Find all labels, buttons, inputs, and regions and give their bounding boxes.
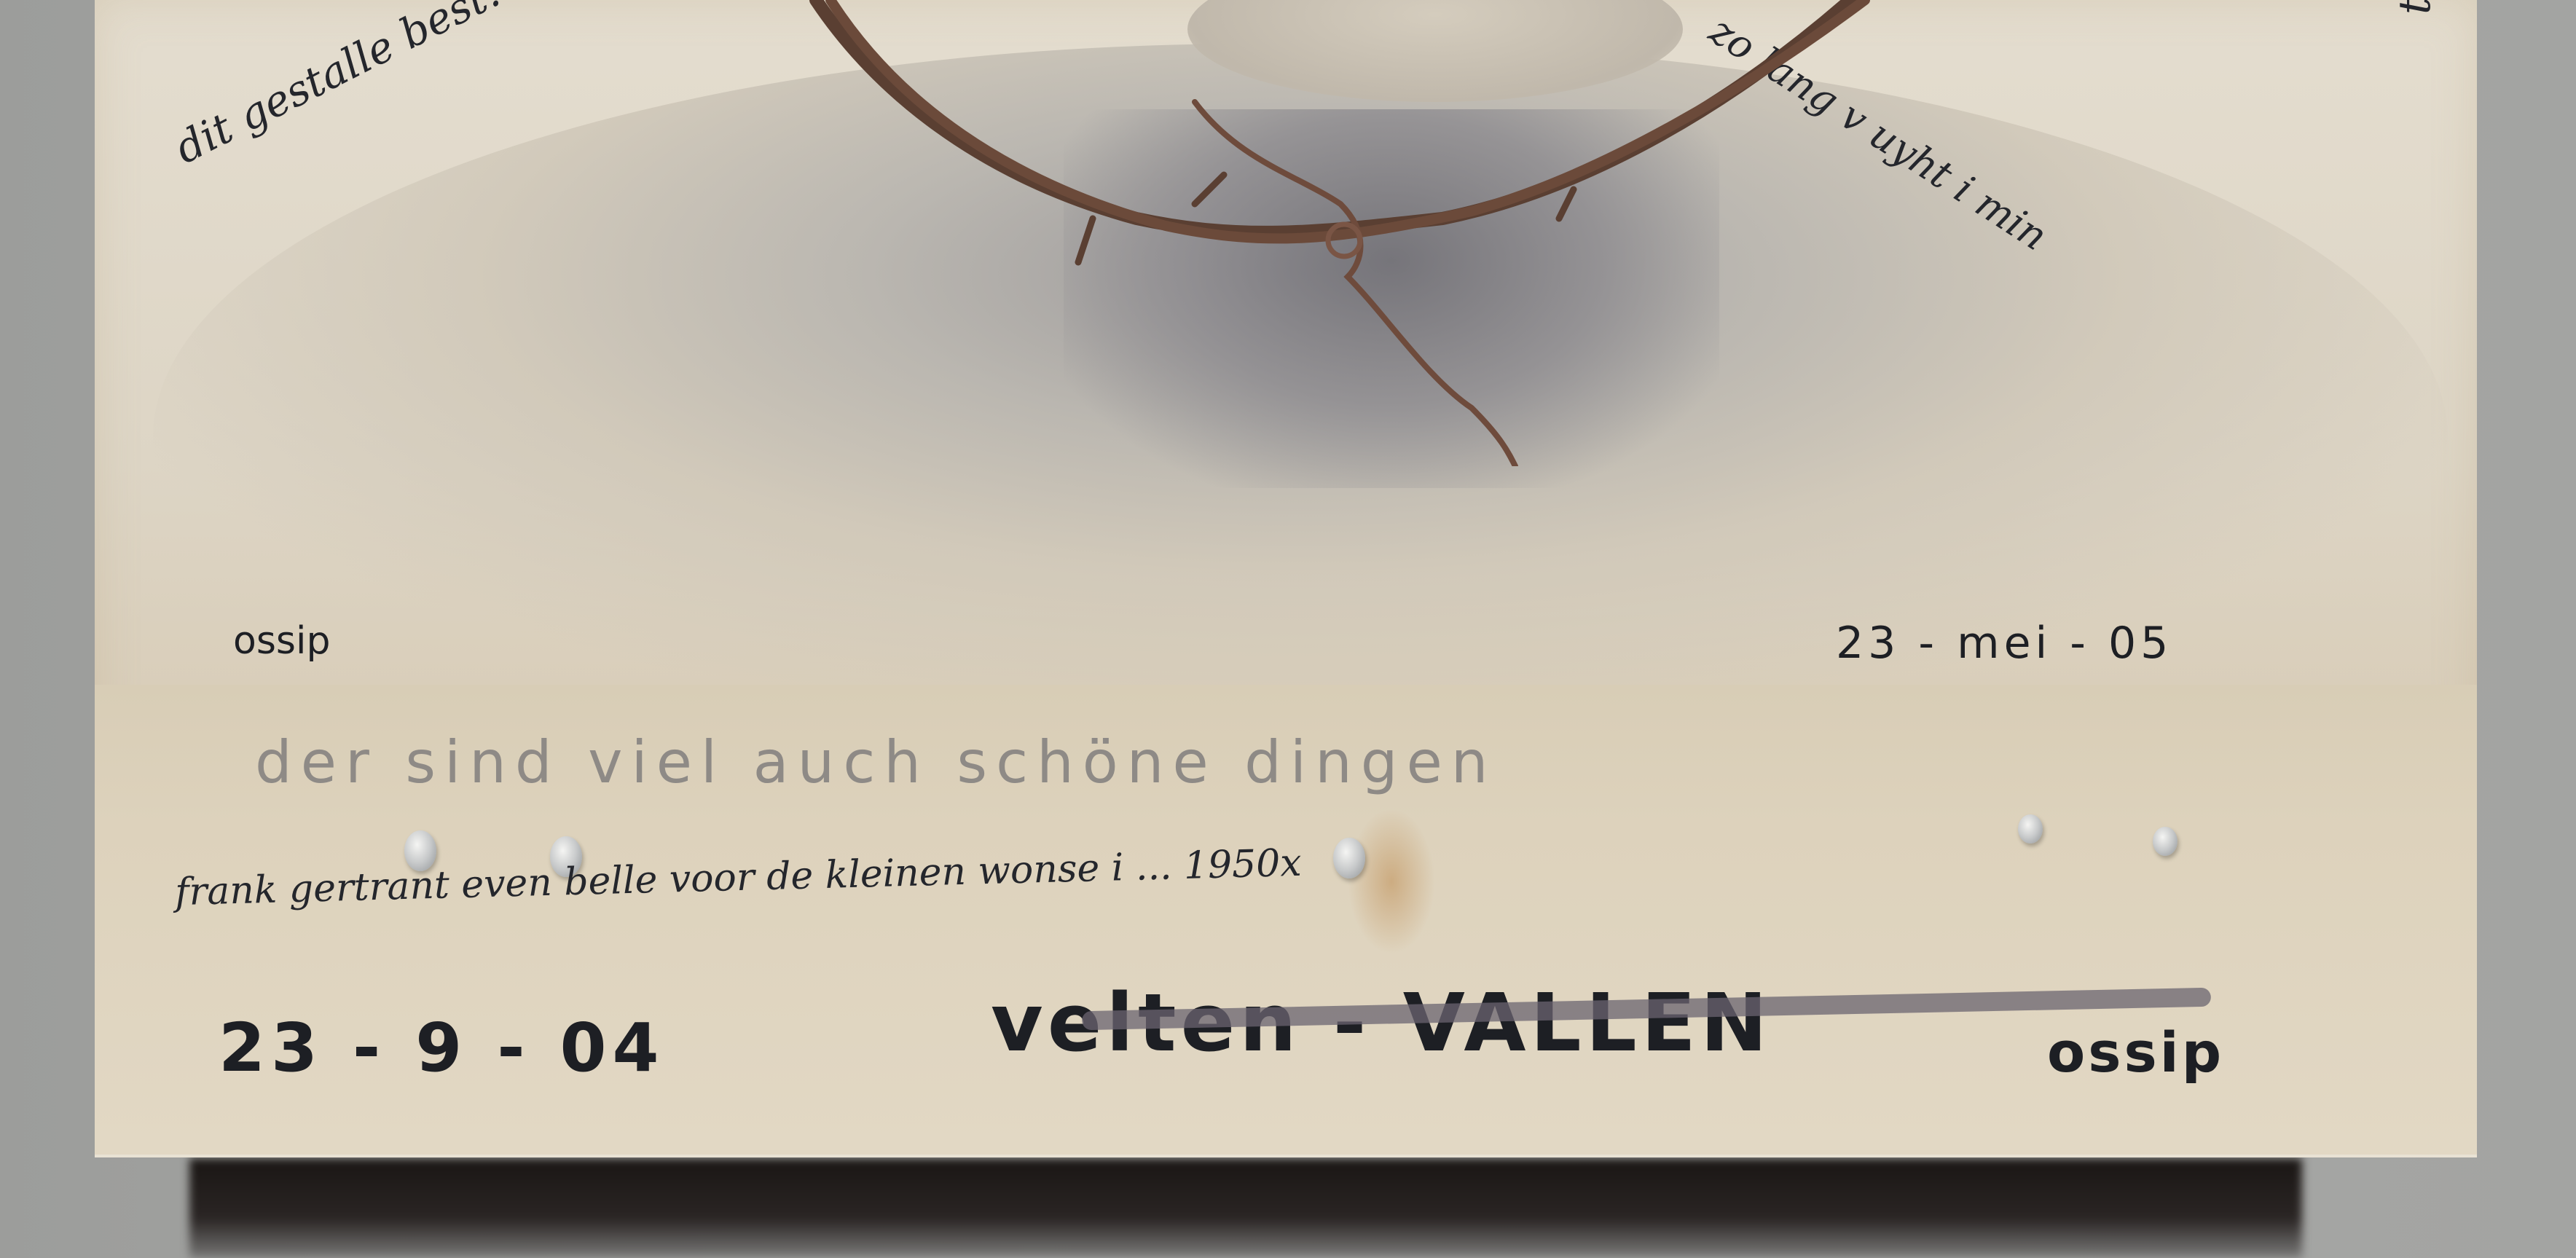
date-bottom-left: 23 - 9 - 04 <box>219 1009 665 1087</box>
date-mei-05: 23 - mei - 05 <box>1836 618 2172 669</box>
barbed-wire-icon <box>787 0 1952 466</box>
pencil-inscription: der sind viel auch schöne dingen <box>255 728 1497 796</box>
inscription-edge: tin <box>2390 0 2440 15</box>
inscription-top-left: dit gestalle best… <box>167 0 533 173</box>
pushpin <box>2018 814 2043 844</box>
pushpin <box>1333 838 1365 878</box>
signature-ossip-lower: ossip <box>2047 1020 2224 1085</box>
signature-ossip-upper: ossip <box>233 619 330 663</box>
panel-shadow <box>189 1158 2302 1258</box>
rust-stain <box>1348 809 1435 954</box>
pushpin <box>2153 827 2178 856</box>
